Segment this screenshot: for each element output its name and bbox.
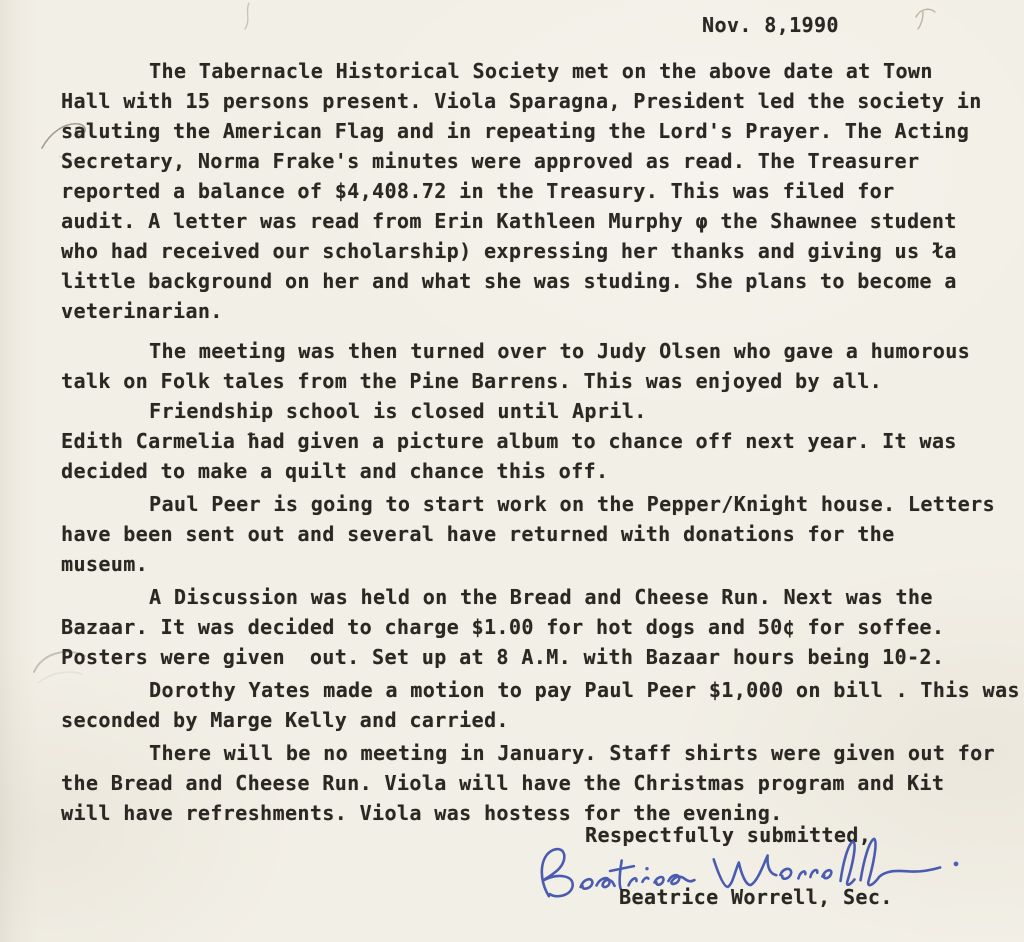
text-line: There will be no meeting in January. Sta…: [61, 738, 991, 768]
text-line: have been sent out and several have retu…: [61, 519, 991, 549]
text-line: Edith Carmelia ħad given a picture album…: [61, 426, 991, 456]
text-line: Dorothy Yates made a motion to pay Paul …: [61, 675, 991, 705]
text-line: museum.: [61, 549, 991, 579]
text-line: Posters were given out. Set up at 8 A.M.…: [61, 642, 991, 672]
text-line: A Discussion was held on the Bread and C…: [61, 582, 991, 612]
scanned-document-page: Nov. 8,1990 The Tabernacle Historical So…: [0, 0, 1024, 942]
text-line: the Bread and Cheese Run. Viola will hav…: [61, 768, 991, 798]
signature-i-dot: [645, 867, 649, 871]
text-line: seconded by Marge Kelly and carried.: [61, 705, 991, 735]
paper-crease-mark-top-left: [240, 2, 260, 32]
text-line: who had received our scholarship) expres…: [61, 236, 991, 266]
text-line: Friendship school is closed until April.: [61, 396, 991, 426]
text-line: veterinarian.: [61, 296, 991, 326]
text-line: little background on her and what she wa…: [61, 266, 991, 296]
document-date: Nov. 8,1990: [702, 10, 839, 40]
text-line: Secretary, Norma Frake's minutes were ap…: [61, 146, 991, 176]
document-body: The Tabernacle Historical Society met on…: [61, 56, 991, 828]
closing-typed-name: Beatrice Worrell, Sec.: [619, 882, 893, 912]
text-line: Hall with 15 persons present. Viola Spar…: [61, 86, 991, 116]
paper-crease-mark-top-right: [912, 4, 940, 34]
text-line: reported a balance of $4,408.72 in the T…: [61, 176, 991, 206]
text-line: The meeting was then turned over to Judy…: [61, 336, 991, 366]
text-line: Bazaar. It was decided to charge $1.00 f…: [61, 612, 991, 642]
text-line: saluting the American Flag and in repeat…: [61, 116, 991, 146]
text-line: decided to make a quilt and chance this …: [61, 456, 991, 486]
text-line: The Tabernacle Historical Society met on…: [61, 56, 991, 86]
text-line: Paul Peer is going to start work on the …: [61, 489, 991, 519]
text-line: audit. A letter was read from Erin Kathl…: [61, 206, 991, 236]
text-line: talk on Folk tales from the Pine Barrens…: [61, 366, 991, 396]
signature-period-dot: [954, 861, 959, 866]
